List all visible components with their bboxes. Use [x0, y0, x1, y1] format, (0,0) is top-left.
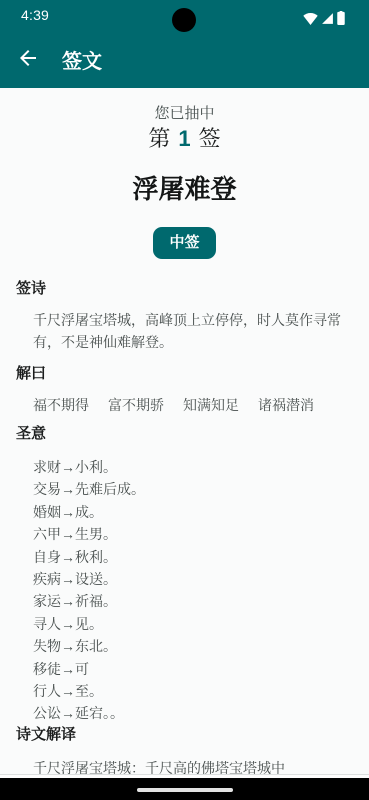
- sign-number-prefix: 第: [148, 126, 170, 151]
- status-bar: 4:39: [0, 0, 369, 30]
- cellular-signal-icon: [321, 12, 334, 25]
- page-title: 签文: [62, 45, 102, 74]
- shengyi-item: 移徒→可: [33, 658, 353, 680]
- sign-number-value: 1: [178, 126, 190, 151]
- jieyue-phrase: 知满知足: [183, 394, 239, 416]
- wifi-icon: [303, 13, 318, 25]
- header: 4:39 签文: [0, 0, 369, 88]
- section-heading-qianshi: 签诗: [16, 281, 353, 297]
- jieyue-phrase: 富不期骄: [108, 394, 164, 416]
- sign-number-suffix: 签: [199, 126, 221, 151]
- jieyi-text: 千尺浮屠宝塔城：千尺高的佛塔宝塔城中: [33, 757, 353, 774]
- section-heading-jieyi: 诗文解译: [16, 727, 353, 743]
- back-button[interactable]: [16, 47, 40, 71]
- badge-row: 中签: [0, 227, 369, 259]
- shengyi-item: 六甲→生男。: [33, 523, 353, 545]
- section-heading-shengyi: 圣意: [16, 426, 353, 442]
- shengyi-item: 交易→先难后成。: [33, 478, 353, 500]
- jieyue-phrases: 福不期得 富不期骄 知满知足 诸祸潜消: [33, 394, 353, 416]
- shengyi-item: 婚姻→成。: [33, 501, 353, 523]
- drawn-subtitle: 您已抽中: [0, 106, 369, 121]
- content-scroll-area[interactable]: 您已抽中 第1签 浮屠难登 中签 签诗 千尺浮屠宝塔城，高峰顶上立停停，时人莫作…: [0, 88, 369, 774]
- battery-icon: [337, 11, 345, 25]
- section-heading-jieyue: 解曰: [16, 366, 353, 382]
- shengyi-item: 求财→小利。: [33, 456, 353, 478]
- shengyi-list: 求财→小利。 交易→先难后成。 婚姻→成。 六甲→生男。 自身→秋利。 疾病→设…: [33, 456, 353, 725]
- sign-title: 浮屠难登: [0, 173, 369, 205]
- luck-level-badge: 中签: [153, 227, 215, 259]
- jieyue-phrase: 诸祸潜消: [258, 394, 314, 416]
- sign-number: 第1签: [0, 127, 369, 151]
- shengyi-item: 自身→秋利。: [33, 546, 353, 568]
- shengyi-item: 失物→东北。: [33, 635, 353, 657]
- shengyi-item: 疾病→设送。: [33, 568, 353, 590]
- system-navigation-bar: [0, 778, 369, 800]
- shengyi-item: 行人→至。: [33, 680, 353, 702]
- status-time: 4:39: [21, 7, 49, 23]
- arrow-left-icon: [16, 46, 40, 73]
- phone-screen: 4:39 签文 您已抽中: [0, 0, 369, 800]
- qianshi-text: 千尺浮屠宝塔城，高峰顶上立停停，时人莫作寻常有，不是神仙难解登。: [33, 309, 353, 353]
- shengyi-item: 寻人→见。: [33, 613, 353, 635]
- status-icons: [303, 11, 345, 25]
- gesture-handle[interactable]: [137, 788, 233, 792]
- shengyi-item: 公讼→延宕。。: [33, 702, 353, 724]
- shengyi-item: 家运→祈福。: [33, 590, 353, 612]
- app-bar: 签文: [0, 30, 369, 88]
- camera-cutout: [172, 8, 196, 32]
- jieyue-phrase: 福不期得: [33, 394, 89, 416]
